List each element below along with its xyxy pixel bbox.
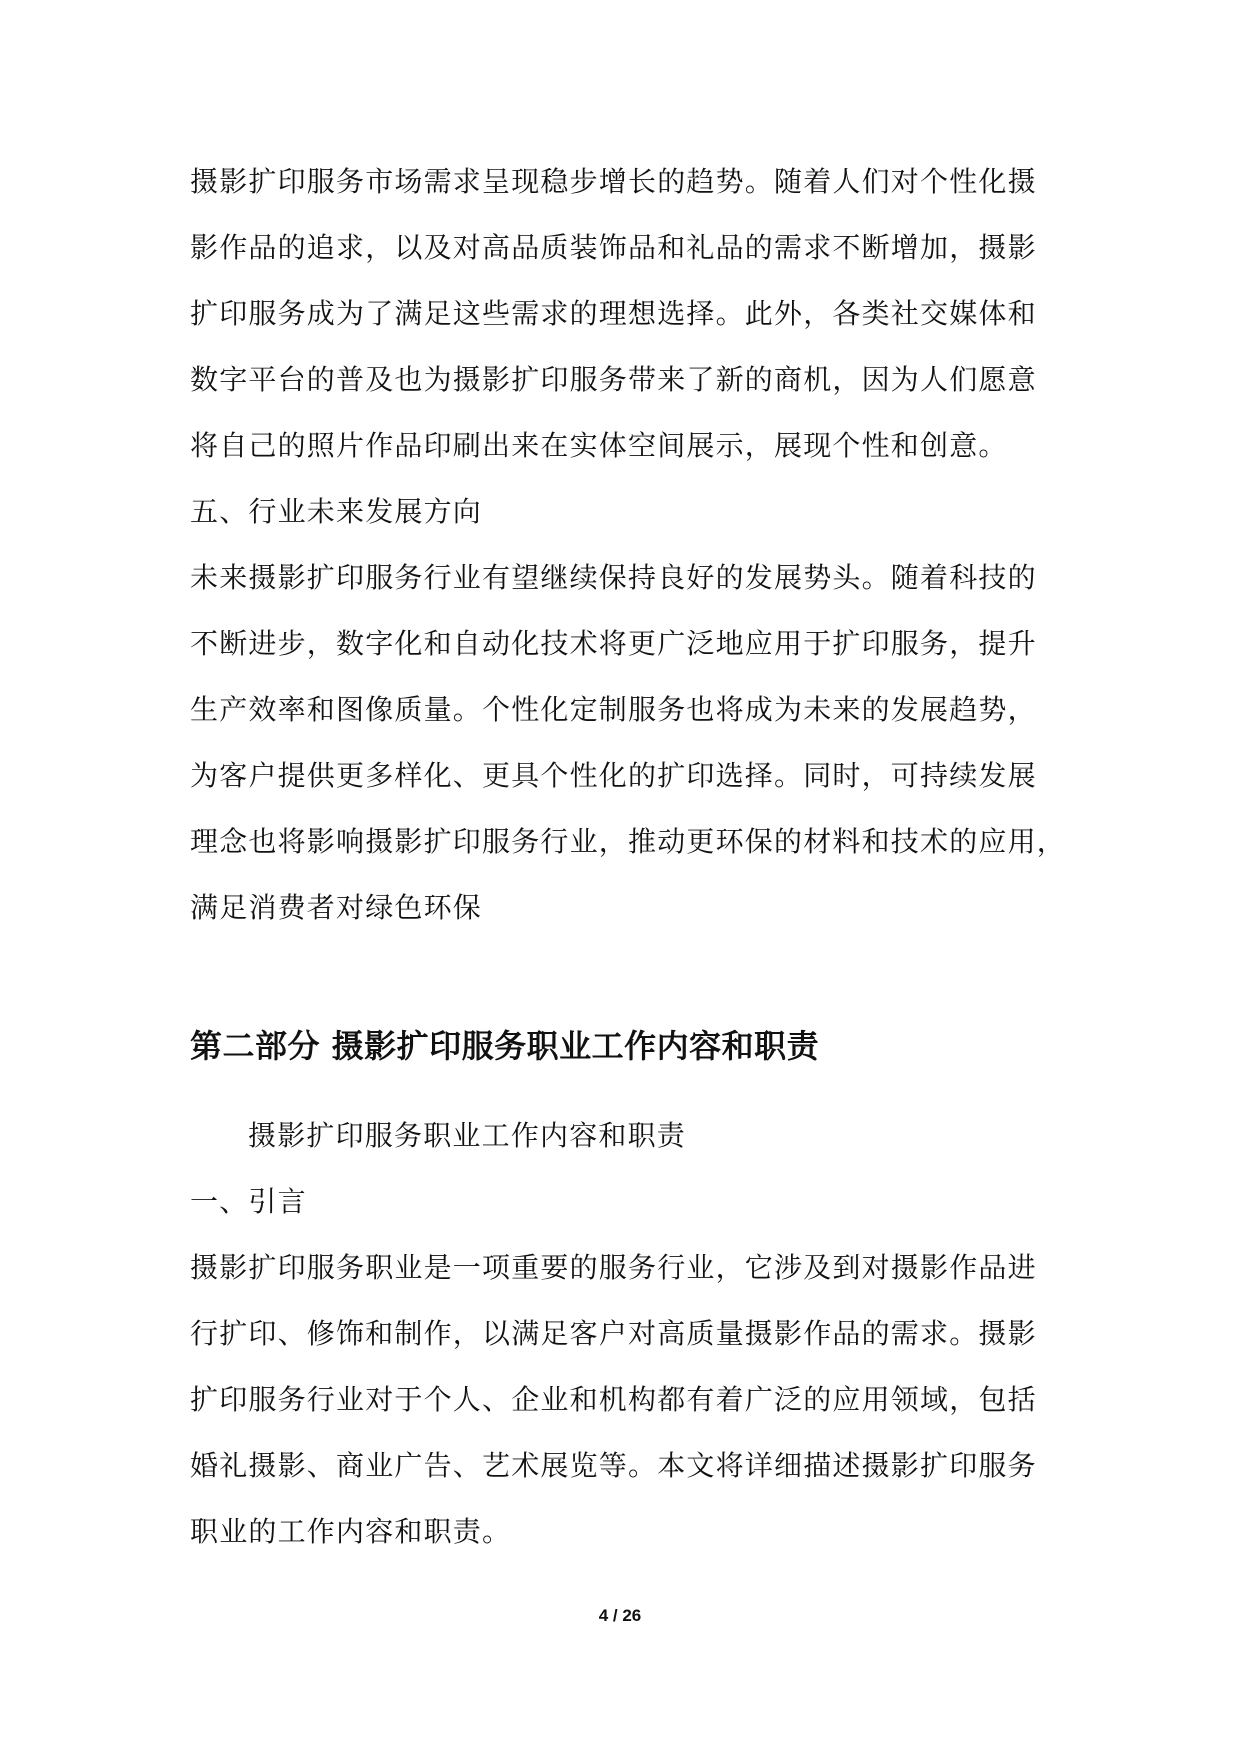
paragraph-line: 数字平台的普及也为摄影扩印服务带来了新的商机，因为人们愿意 bbox=[190, 362, 1037, 398]
paragraph-line: 摄影扩印服务职业是一项重要的服务行业，它涉及到对摄影作品进 bbox=[190, 1250, 1037, 1286]
paragraph-line: 行扩印、修饰和制作，以满足客户对高质量摄影作品的需求。摄影 bbox=[190, 1316, 1037, 1352]
paragraph-line: 将自己的照片作品印刷出来在实体空间展示，展现个性和创意。 bbox=[190, 428, 1008, 464]
paragraph-line: 婚礼摄影、商业广告、艺术展览等。本文将详细描述摄影扩印服务 bbox=[190, 1448, 1037, 1484]
paragraph-line: 摄影扩印服务市场需求呈现稳步增长的趋势。随着人们对个性化摄 bbox=[190, 164, 1037, 200]
paragraph-line: 满足消费者对绿色环保 bbox=[190, 890, 482, 926]
paragraph-line: 扩印服务成为了满足这些需求的理想选择。此外，各类社交媒体和 bbox=[190, 296, 1037, 332]
part-heading: 第二部分 摄影扩印服务职业工作内容和职责 bbox=[190, 1026, 819, 1066]
paragraph-line: 为客户提供更多样化、更具个性化的扩印选择。同时，可持续发展 bbox=[190, 758, 1037, 794]
paragraph-line: 影作品的追求，以及对高品质装饰品和礼品的需求不断增加，摄影 bbox=[190, 230, 1037, 266]
paragraph-line: 理念也将影响摄影扩印服务行业，推动更环保的材料和技术的应用， bbox=[190, 824, 1066, 860]
section-heading: 五、行业未来发展方向 bbox=[190, 494, 482, 530]
paragraph-line: 职业的工作内容和职责。 bbox=[190, 1514, 511, 1550]
paragraph-line: 扩印服务行业对于个人、企业和机构都有着广泛的应用领域，包括 bbox=[190, 1382, 1037, 1418]
paragraph-line: 生产效率和图像质量。个性化定制服务也将成为未来的发展趋势， bbox=[190, 692, 1037, 728]
document-page: 摄影扩印服务市场需求呈现稳步增长的趋势。随着人们对个性化摄 影作品的追求，以及对… bbox=[0, 0, 1240, 1753]
section-heading: 一、引言 bbox=[190, 1184, 307, 1220]
subtitle: 摄影扩印服务职业工作内容和职责 bbox=[248, 1118, 686, 1154]
paragraph-line: 不断进步，数字化和自动化技术将更广泛地应用于扩印服务，提升 bbox=[190, 626, 1037, 662]
paragraph-line: 未来摄影扩印服务行业有望继续保持良好的发展势头。随着科技的 bbox=[190, 560, 1037, 596]
page-number: 4 / 26 bbox=[0, 1606, 1240, 1626]
